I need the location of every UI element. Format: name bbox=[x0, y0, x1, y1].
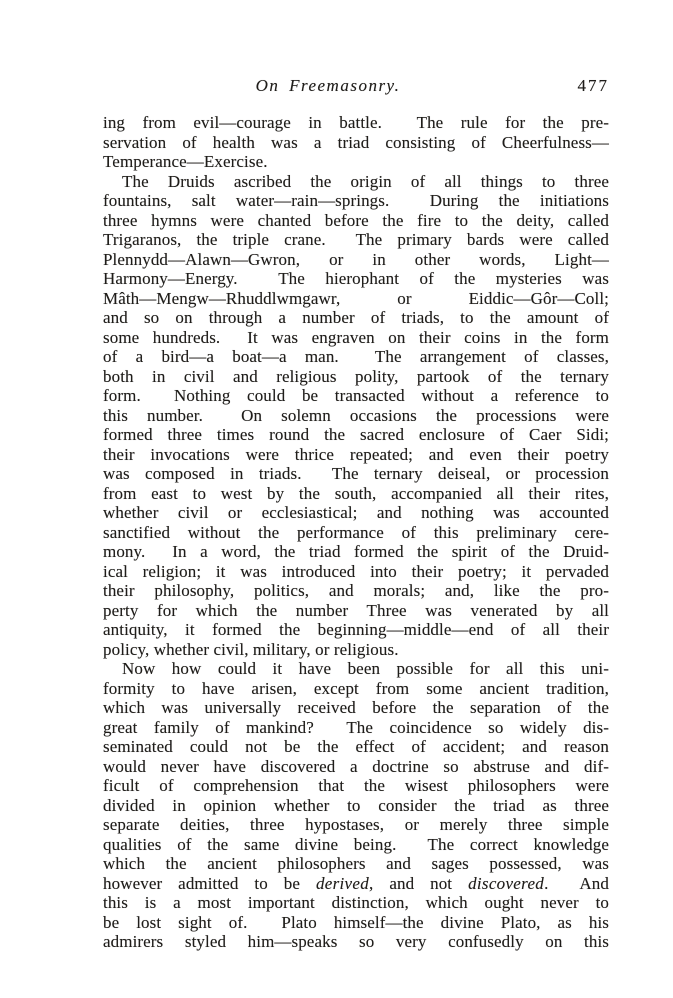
text-line: perty for which the number Three was ven… bbox=[103, 601, 609, 621]
text-line: formed three times round the sacred encl… bbox=[103, 425, 609, 445]
running-header: On Freemasonry. 477 bbox=[103, 76, 609, 98]
text-line: The Druids ascribed the origin of all th… bbox=[103, 172, 609, 192]
text-line: however admitted to be derived, and not … bbox=[103, 874, 609, 894]
text-line: would never have discovered a doctrine s… bbox=[103, 757, 609, 777]
text-line: seminated could not be the effect of acc… bbox=[103, 737, 609, 757]
text-line: qualities of the same divine being. The … bbox=[103, 835, 609, 855]
text-line: ing from evil—courage in battle. The rul… bbox=[103, 113, 609, 133]
text-line: Plennydd—Alawn—Gwron, or in other words,… bbox=[103, 250, 609, 270]
text-line: formity to have arisen, except from some… bbox=[103, 679, 609, 699]
text-line: ical religion; it was introduced into th… bbox=[103, 562, 609, 582]
text-line: Mâth—Mengw—Rhuddlwmgawr, or Eiddic—Gôr—C… bbox=[103, 289, 609, 309]
text-line: Now how could it have been possible for … bbox=[103, 659, 609, 679]
text-line: this is a most important distinction, wh… bbox=[103, 893, 609, 913]
text-line: of a bird—a boat—a man. The arrangement … bbox=[103, 347, 609, 367]
text-line: and so on through a number of triads, to… bbox=[103, 308, 609, 328]
text-line: fountains, salt water—rain—springs. Duri… bbox=[103, 191, 609, 211]
text-line: divided in opinion whether to consider t… bbox=[103, 796, 609, 816]
text-line: great family of mankind? The coincidence… bbox=[103, 718, 609, 738]
text-line: admirers styled him—speaks so very confu… bbox=[103, 932, 609, 952]
text-line: which the ancient philosophers and sages… bbox=[103, 854, 609, 874]
text-line: both in civil and religious polity, part… bbox=[103, 367, 609, 387]
text-line: their philosophy, politics, and morals; … bbox=[103, 581, 609, 601]
text-line: antiquity, it formed the beginning—middl… bbox=[103, 620, 609, 640]
text-line: sanctified without the performance of th… bbox=[103, 523, 609, 543]
text-line: this number. On solemn occasions the pro… bbox=[103, 406, 609, 426]
header-title: On Freemasonry. bbox=[75, 76, 581, 96]
text-line: Trigaranos, the triple crane. The primar… bbox=[103, 230, 609, 250]
text-line: policy, whether civil, military, or reli… bbox=[103, 640, 609, 660]
text-line: separate deities, three hypostases, or m… bbox=[103, 815, 609, 835]
text-line: whether civil or ecclesiastical; and not… bbox=[103, 503, 609, 523]
paragraph: ing from evil—courage in battle. The rul… bbox=[103, 113, 609, 172]
text-line: was composed in triads. The ternary deis… bbox=[103, 464, 609, 484]
text-line: be lost sight of. Plato himself—the divi… bbox=[103, 913, 609, 933]
paragraph: Now how could it have been possible for … bbox=[103, 659, 609, 952]
paragraph: The Druids ascribed the origin of all th… bbox=[103, 172, 609, 660]
text-line: ficult of comprehension that the wisest … bbox=[103, 776, 609, 796]
text-line: which was universally received before th… bbox=[103, 698, 609, 718]
page-number: 477 bbox=[578, 76, 610, 96]
text-line: from east to west by the south, accompan… bbox=[103, 484, 609, 504]
text-line: some hundreds. It was engraven on their … bbox=[103, 328, 609, 348]
page-body: ing from evil—courage in battle. The rul… bbox=[103, 113, 609, 952]
text-line: three hymns were chanted before the fire… bbox=[103, 211, 609, 231]
text-line: Temperance—Exercise. bbox=[103, 152, 609, 172]
text-line: servation of health was a triad consisti… bbox=[103, 133, 609, 153]
text-line: form. Nothing could be transacted withou… bbox=[103, 386, 609, 406]
text-line: their invocations were thrice repeated; … bbox=[103, 445, 609, 465]
document-page: On Freemasonry. 477 ing from evil—courag… bbox=[103, 76, 609, 952]
text-line: Harmony—Energy. The hierophant of the my… bbox=[103, 269, 609, 289]
text-line: mony. In a word, the triad formed the sp… bbox=[103, 542, 609, 562]
